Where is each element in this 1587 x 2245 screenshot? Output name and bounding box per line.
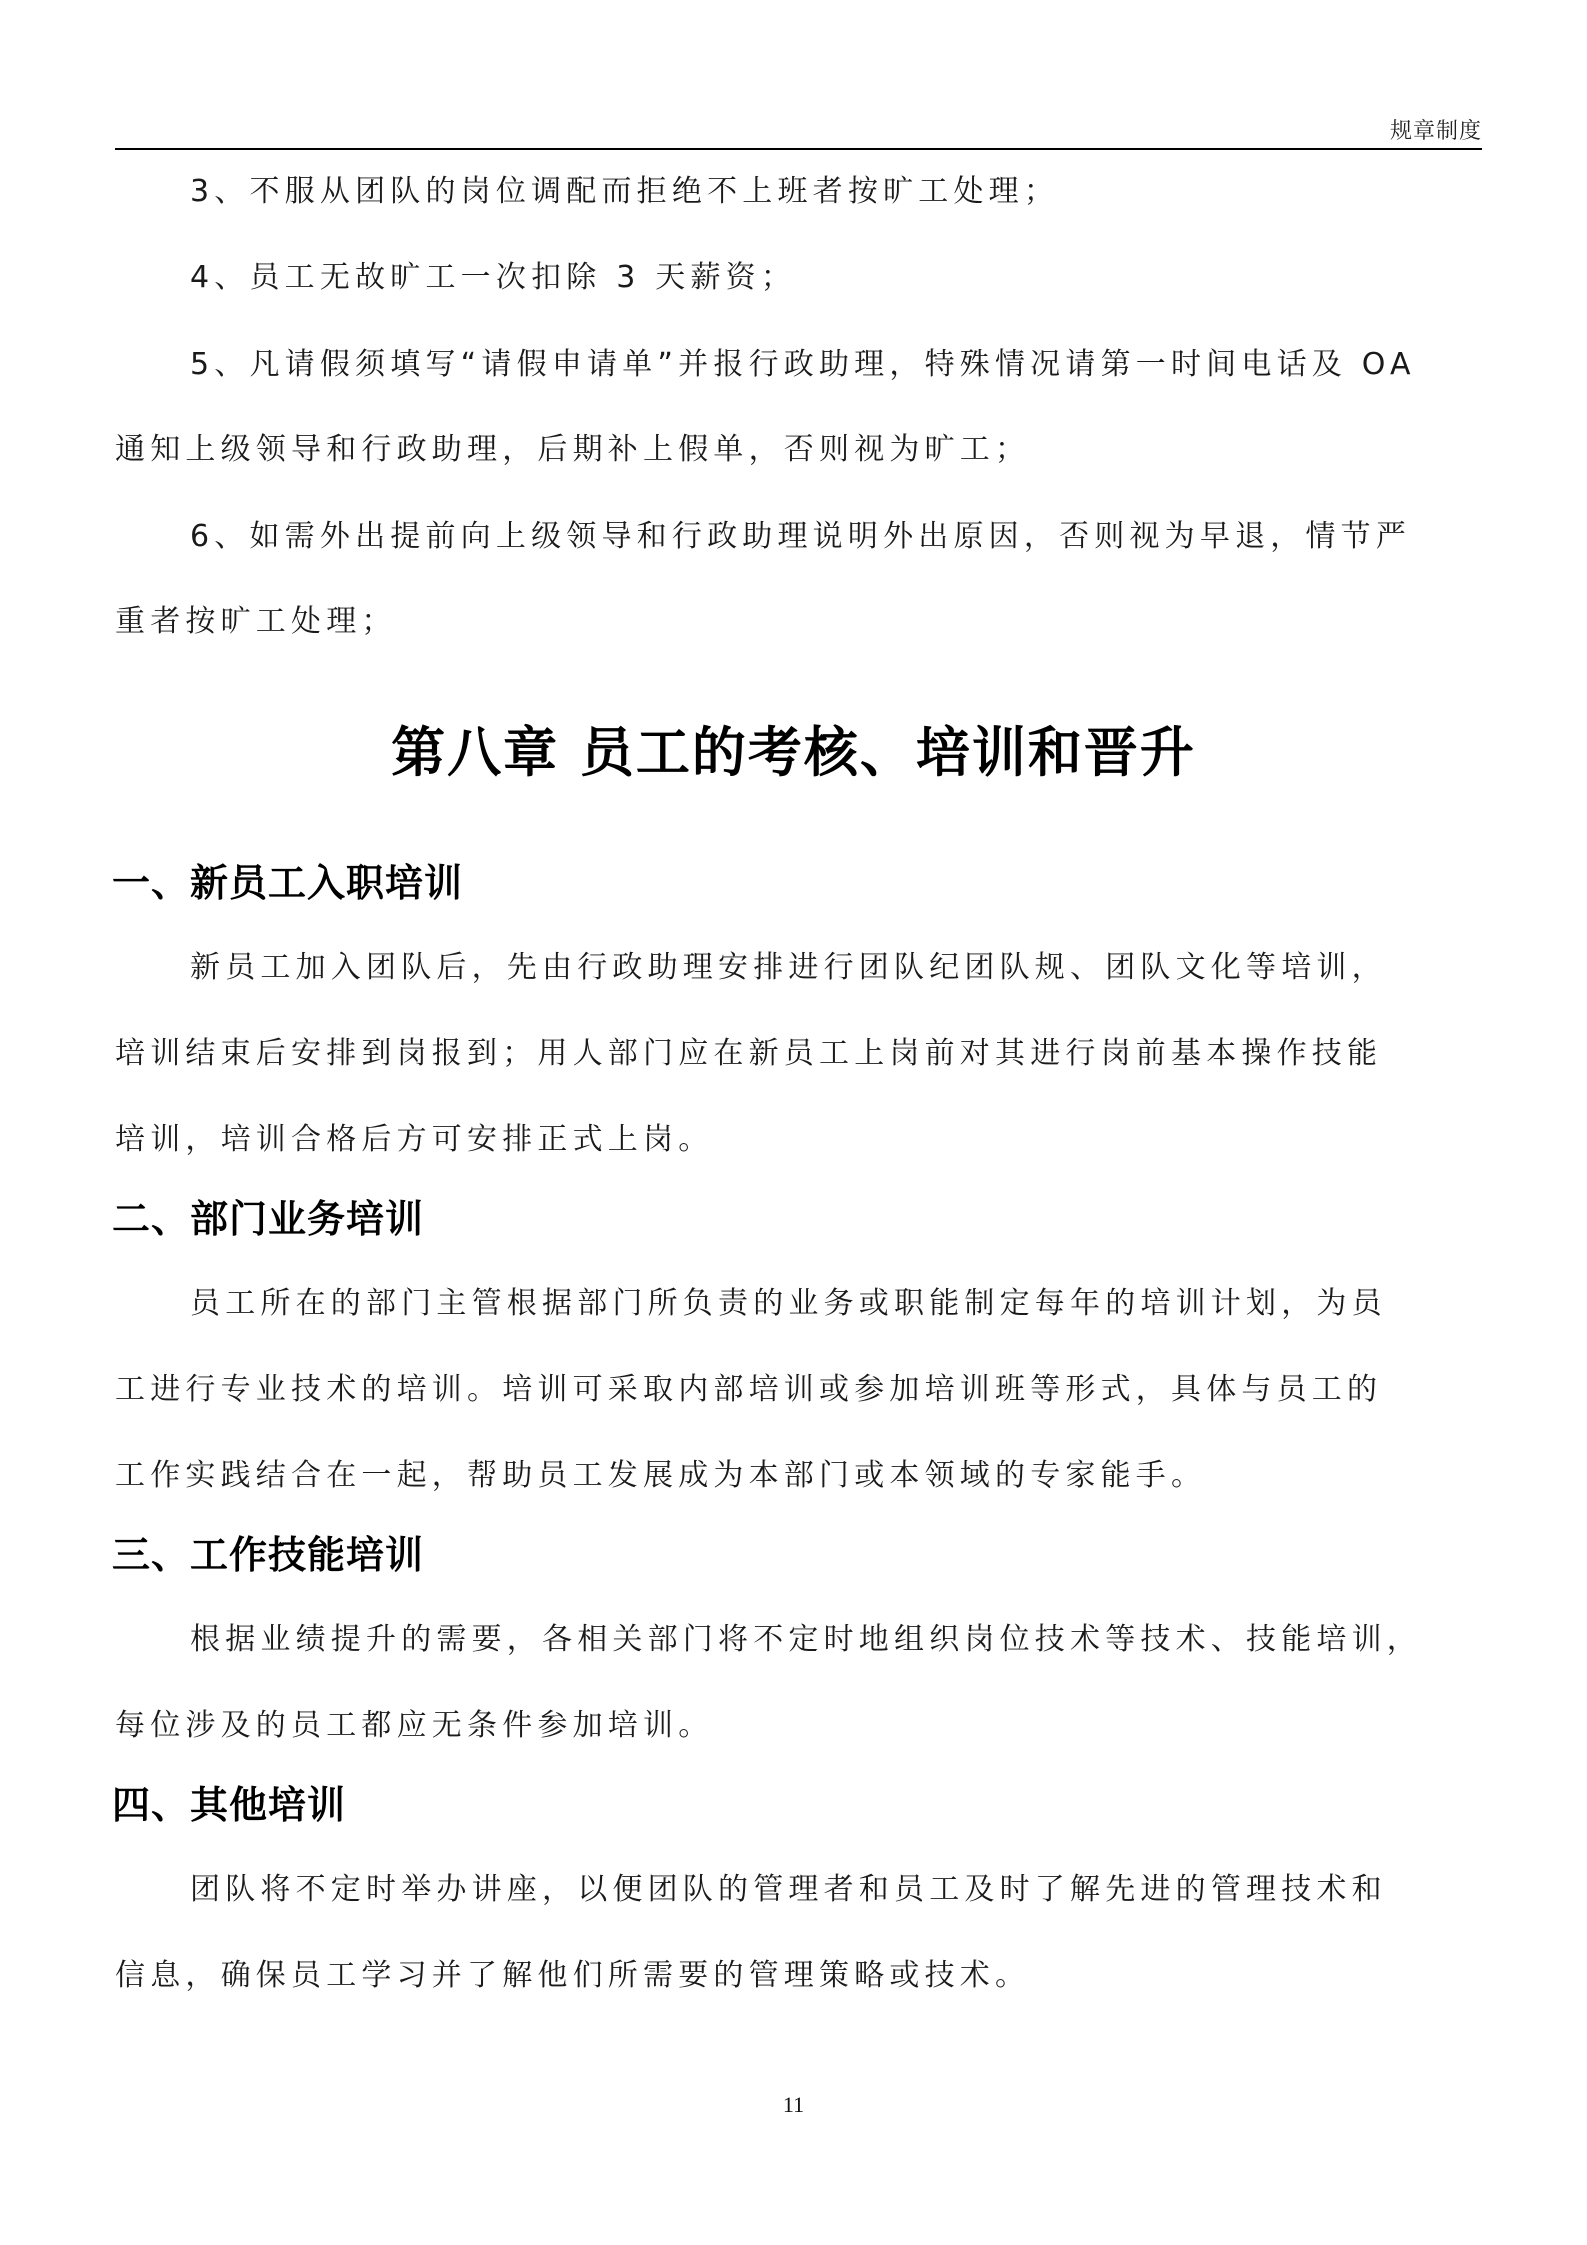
rule-item-5-line-1: 5、凡请假须填写“请假申请单”并报行政助理，特殊情况请第一时间电话及 OA [190,345,1482,385]
rule-item-6-line-1: 6、如需外出提前向上级领导和行政助理说明外出原因，否则视为早退，情节严 [190,517,1482,557]
rule-item-6-line-2: 重者按旷工处理； [115,602,1482,642]
page-number: 11 [0,2092,1587,2118]
chapter-title: 第八章 员工的考核、培训和晋升 [0,718,1587,788]
section-3-line-1: 根据业绩提升的需要，各相关部门将不定时地组织岗位技术等技术、技能培训， [190,1620,1482,1660]
header-title: 规章制度 [1390,114,1482,145]
rule-item-5-line-2: 通知上级领导和行政助理，后期补上假单，否则视为旷工； [115,430,1482,470]
section-3-line-2: 每位涉及的员工都应无条件参加培训。 [115,1706,1482,1746]
section-2-line-3: 工作实践结合在一起，帮助员工发展成为本部门或本领域的专家能手。 [115,1456,1482,1496]
section-heading-other-training: 四、其他培训 [112,1780,346,1830]
rule-item-3: 3、不服从团队的岗位调配而拒绝不上班者按旷工处理； [190,172,1482,212]
section-4-line-1: 团队将不定时举办讲座，以便团队的管理者和员工及时了解先进的管理技术和 [190,1870,1482,1910]
section-2-line-2: 工进行专业技术的培训。培训可采取内部培训或参加培训班等形式，具体与员工的 [115,1370,1482,1410]
section-1-line-1: 新员工加入团队后，先由行政助理安排进行团队纪团队规、团队文化等培训， [190,948,1482,988]
rule-item-4: 4、员工无故旷工一次扣除 3 天薪资； [190,258,1482,298]
section-4-line-2: 信息，确保员工学习并了解他们所需要的管理策略或技术。 [115,1956,1482,1996]
section-1-line-3: 培训，培训合格后方可安排正式上岗。 [115,1120,1482,1160]
section-heading-department-training: 二、部门业务培训 [112,1194,424,1244]
section-heading-new-employee-training: 一、新员工入职培训 [112,858,463,908]
section-heading-skills-training: 三、工作技能培训 [112,1530,424,1580]
section-2-line-1: 员工所在的部门主管根据部门所负责的业务或职能制定每年的培训计划，为员 [190,1284,1482,1324]
section-1-line-2: 培训结束后安排到岗报到；用人部门应在新员工上岗前对其进行岗前基本操作技能 [115,1034,1482,1074]
page-header: 规章制度 [115,108,1482,150]
